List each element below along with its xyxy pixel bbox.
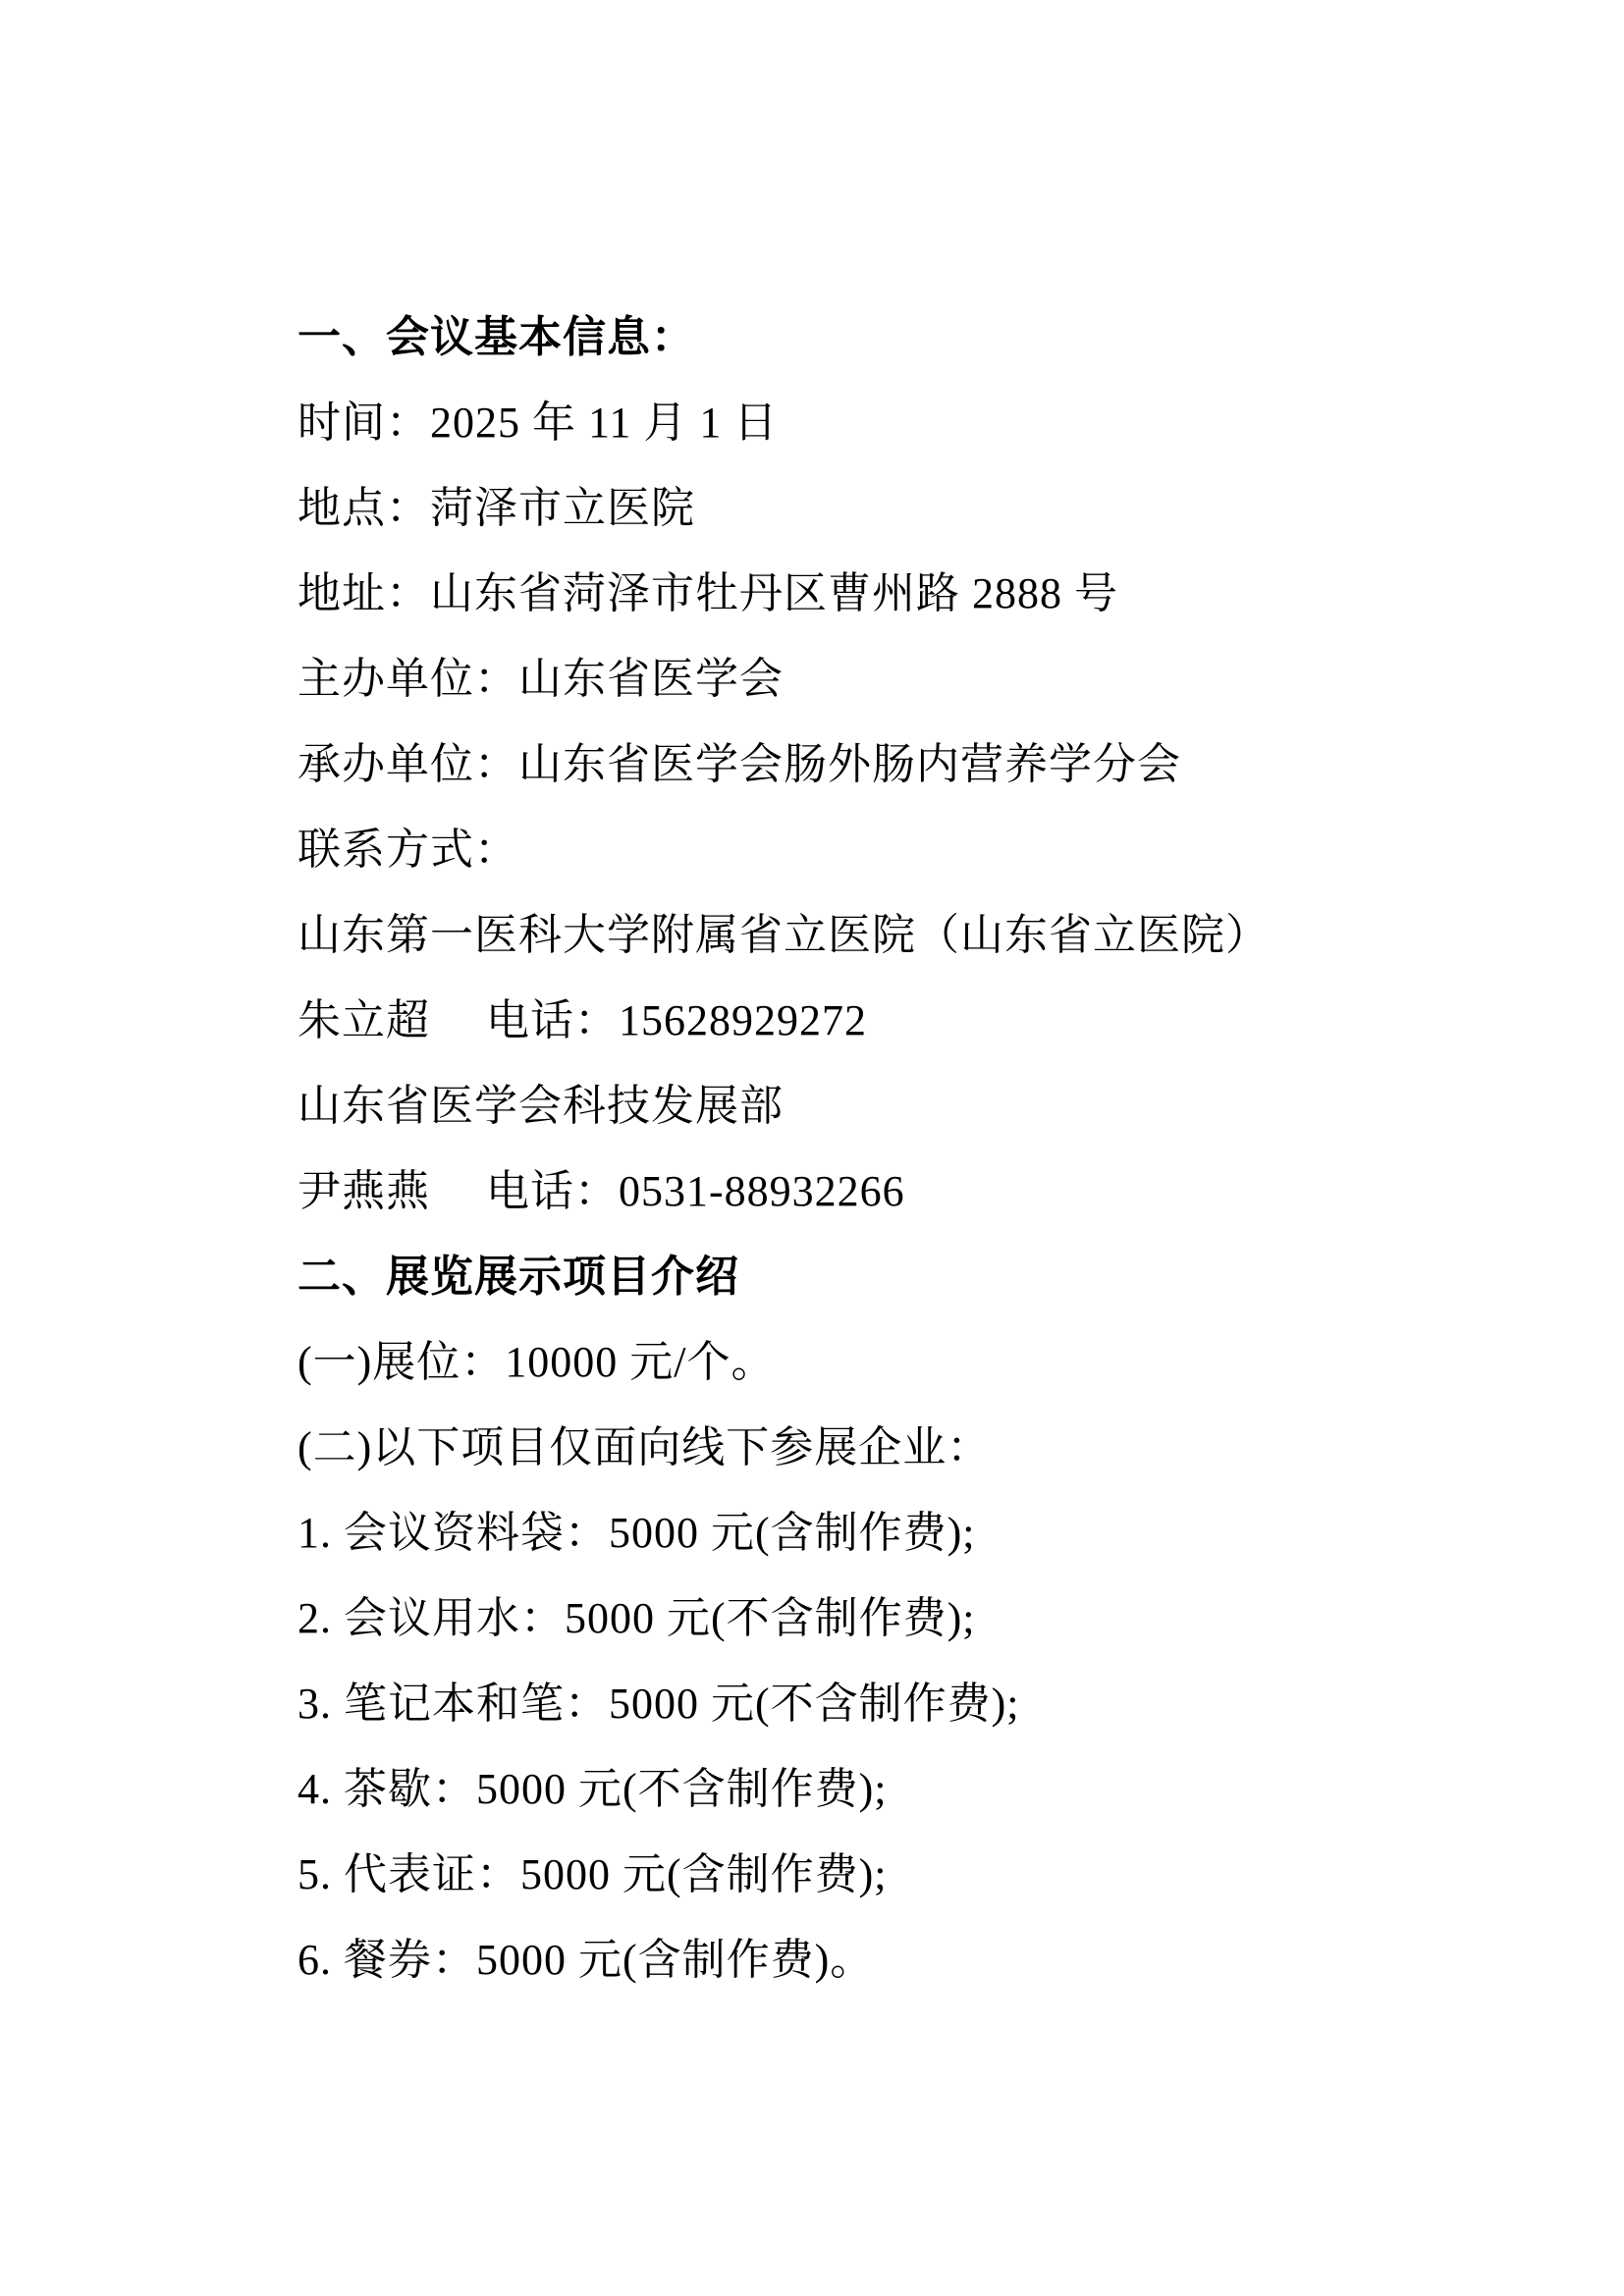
document-line: 山东省医学会科技发展部 (298, 1063, 1338, 1148)
document-line: 尹燕燕 电话：0531-88932266 (298, 1148, 1338, 1234)
document-line: 6. 餐券：5000 元(含制作费)。 (298, 1917, 1338, 2002)
document-line: 朱立超 电话：15628929272 (298, 978, 1338, 1063)
document-page: 一、会议基本信息：时间：2025 年 11 月 1 日地点：菏泽市立医院地址：山… (0, 0, 1624, 2296)
document-line: 4. 茶歇：5000 元(不含制作费); (298, 1746, 1338, 1832)
document-line: 地点：菏泽市立医院 (298, 465, 1338, 551)
document-line: 1. 会议资料袋：5000 元(含制作费); (298, 1490, 1338, 1575)
document-line: 主办单位：山东省医学会 (298, 636, 1338, 721)
document-line: 2. 会议用水：5000 元(不含制作费); (298, 1575, 1338, 1661)
document-line: (一)展位：10000 元/个。 (298, 1319, 1338, 1405)
document-line: 山东第一医科大学附属省立医院（山东省立医院） (298, 892, 1338, 978)
document-line: 地址：山东省菏泽市牡丹区曹州路 2888 号 (298, 551, 1338, 636)
document-line: 3. 笔记本和笔：5000 元(不含制作费); (298, 1661, 1338, 1746)
document-line: 时间：2025 年 11 月 1 日 (298, 380, 1338, 465)
document-line: 承办单位：山东省医学会肠外肠内营养学分会 (298, 721, 1338, 807)
document-content: 一、会议基本信息：时间：2025 年 11 月 1 日地点：菏泽市立医院地址：山… (298, 0, 1338, 2002)
section-heading: 二、展览展示项目介绍 (298, 1234, 1338, 1319)
document-line: (二)以下项目仅面向线下参展企业： (298, 1405, 1338, 1490)
section-heading: 一、会议基本信息： (298, 294, 1338, 380)
document-line: 联系方式： (298, 807, 1338, 892)
document-line: 5. 代表证：5000 元(含制作费); (298, 1832, 1338, 1917)
